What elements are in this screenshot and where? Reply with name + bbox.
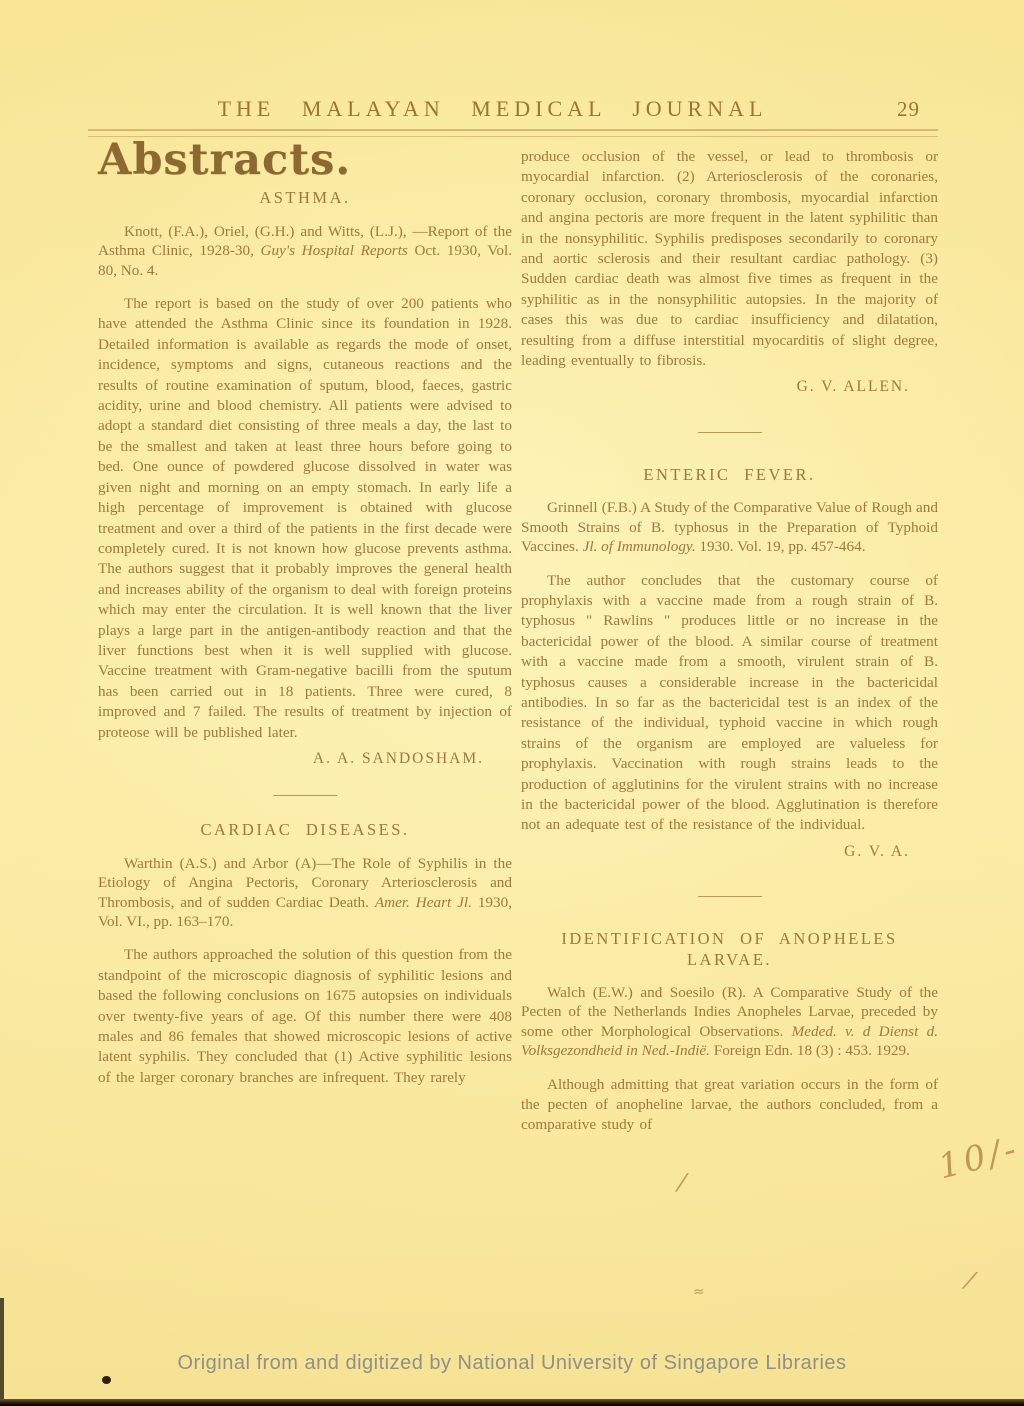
cardiac-citation: Warthin (A.S.) and Arbor (A)—The Role of… bbox=[98, 854, 512, 932]
cardiac-signature: G. V. ALLEN. bbox=[521, 377, 938, 397]
page-header: THE MALAYAN MEDICAL JOURNAL 29 bbox=[88, 96, 938, 122]
page-number: 29 bbox=[897, 97, 938, 122]
left-column: Abstracts. ASTHMA. Knott, (F.A.), Oriel,… bbox=[98, 150, 512, 1094]
handwritten-margin-note: 10/- bbox=[934, 1129, 1023, 1188]
asthma-signature: A. A. SANDOSHAM. bbox=[98, 749, 512, 769]
cardiac-abstract-body-right: produce occlusion of the vessel, or lead… bbox=[521, 147, 938, 371]
section-divider bbox=[273, 795, 337, 796]
cardiac-abstract-body-left: The authors approached the solution of t… bbox=[98, 945, 512, 1088]
journal-title: THE MALAYAN MEDICAL JOURNAL bbox=[88, 96, 897, 122]
asthma-citation-journal: Guy's Hospital Reports bbox=[261, 242, 408, 259]
enteric-signature: G. V. A. bbox=[521, 842, 938, 862]
asthma-heading: ASTHMA. bbox=[98, 188, 512, 208]
right-column: produce occlusion of the vessel, or lead… bbox=[521, 147, 938, 1142]
anopheles-citation-volume: Foreign Edn. 18 (3) : 453. 1929. bbox=[710, 1042, 910, 1059]
anopheles-abstract-body: Although admitting that great variation … bbox=[521, 1075, 938, 1136]
enteric-fever-heading: ENTERIC FEVER. bbox=[521, 465, 938, 485]
cardiac-heading: CARDIAC DISEASES. bbox=[98, 820, 512, 840]
scan-left-edge-shadow bbox=[0, 1298, 4, 1406]
enteric-citation-journal: Jl. of Immunology. bbox=[583, 538, 696, 555]
anopheles-heading: IDENTIFICATION OF ANOPHELES LARVAE. bbox=[521, 929, 938, 970]
scanned-journal-page: THE MALAYAN MEDICAL JOURNAL 29 Abstracts… bbox=[0, 0, 1024, 1406]
page-footer: Original from and digitized by National … bbox=[0, 1352, 1024, 1375]
cardiac-citation-journal: Amer. Heart Jl. bbox=[375, 894, 472, 911]
section-divider bbox=[698, 896, 762, 897]
digitization-credit: Original from and digitized by National … bbox=[0, 1352, 1024, 1375]
pencil-smudge-mark: ≈ bbox=[692, 1284, 705, 1301]
section-divider bbox=[698, 432, 762, 433]
abstracts-section-title: Abstracts. bbox=[98, 150, 512, 170]
ink-spot bbox=[102, 1376, 111, 1384]
enteric-abstract-body: The author concludes that the customary … bbox=[521, 571, 938, 836]
scan-bottom-edge-shadow bbox=[0, 1399, 1024, 1406]
enteric-citation-volume: 1930. Vol. 19, pp. 457-464. bbox=[696, 538, 866, 555]
enteric-citation: Grinnell (F.B.) A Study of the Comparati… bbox=[521, 498, 938, 556]
asthma-citation: Knott, (F.A.), Oriel, (G.H.) and Witts, … bbox=[98, 222, 512, 280]
asthma-abstract-body: The report is based on the study of over… bbox=[98, 294, 512, 743]
handwritten-caret-mark: / bbox=[677, 1168, 688, 1197]
handwritten-stray-mark: / bbox=[963, 1265, 978, 1294]
anopheles-citation: Walch (E.W.) and Soesilo (R). A Comparat… bbox=[521, 983, 938, 1061]
